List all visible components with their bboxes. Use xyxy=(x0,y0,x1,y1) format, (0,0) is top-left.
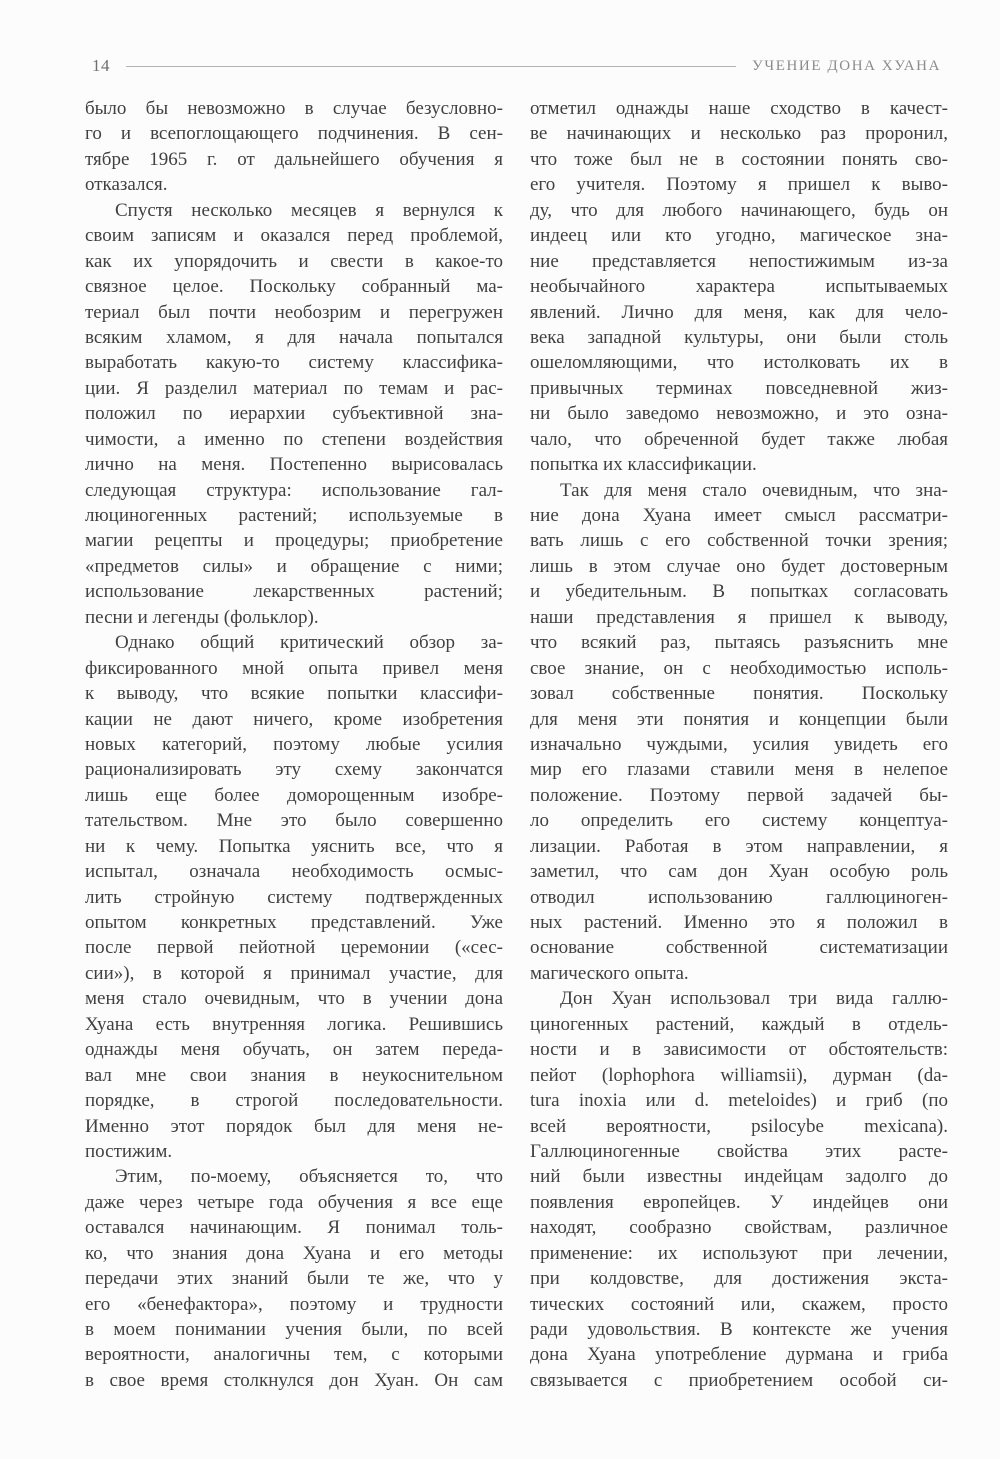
text-line: связывается с приобретением особой си- xyxy=(530,1368,948,1393)
text-line: новых категорий, поэтому любые усилия xyxy=(85,732,503,757)
text-line: песни и легенды (фольклор). xyxy=(85,605,503,630)
text-line: ошеломляющими, что истолковать их в xyxy=(530,350,948,375)
right-column: отметил однажды наше сходство в качест-в… xyxy=(530,96,948,1393)
text-line: было бы невозможно в случае безусловно- xyxy=(85,96,503,121)
text-line: магии рецепты и процедуры; приобретение xyxy=(85,528,503,553)
text-line: ний были известны индейцам задолго до xyxy=(530,1164,948,1189)
text-line: появления европейцев. У индейцев они xyxy=(530,1190,948,1215)
text-line: постижим. xyxy=(85,1139,503,1164)
text-line: тических состояний или, скажем, просто xyxy=(530,1292,948,1317)
text-line: оставался начинающим. Я понимал толь- xyxy=(85,1215,503,1240)
text-line: ных растений. Именно это я положил в xyxy=(530,910,948,935)
text-line: для меня эти понятия и концепции были xyxy=(530,707,948,732)
text-line: отводил использованию галлюциноген- xyxy=(530,885,948,910)
text-line: основание собственной систематизации xyxy=(530,935,948,960)
text-line: при колдовстве, для достижения экста- xyxy=(530,1266,948,1291)
text-line: Спустя несколько месяцев я вернулся к xyxy=(85,198,503,223)
text-line: всей вероятности, psilocybe mexicana). xyxy=(530,1114,948,1139)
text-line: наши представления я пришел к выводу, xyxy=(530,605,948,630)
text-line: циногенных растений, каждый в отдель- xyxy=(530,1012,948,1037)
text-line: ние представляется непостижимым из-за xyxy=(530,249,948,274)
text-line: Однако общий критический обзор за- xyxy=(85,630,503,655)
text-line: вероятности, аналогичны тем, с которыми xyxy=(85,1342,503,1367)
text-line: отметил однажды наше сходство в качест- xyxy=(530,96,948,121)
text-line: его «бенефактора», поэтому и трудности xyxy=(85,1292,503,1317)
text-line: свое знание, он с необходимостью исполь- xyxy=(530,656,948,681)
page-header: 14 УЧЕНИЕ ДОНА ХУАНА xyxy=(0,52,1000,80)
text-line: Дон Хуан использовал три вида галлю- xyxy=(530,986,948,1011)
text-line: заметил, что сам дон Хуан особую роль xyxy=(530,859,948,884)
text-line: сии»), в которой я принимал участие, для xyxy=(85,961,503,986)
text-line: всяким хламом, я для начала попытался xyxy=(85,325,503,350)
text-line: применение: их используют при лечении, xyxy=(530,1241,948,1266)
text-line: Этим, по-моему, объясняется то, что xyxy=(85,1164,503,1189)
text-line: порядке, в строгой последовательности. xyxy=(85,1088,503,1113)
text-line: Галлюциногенные свойства этих расте- xyxy=(530,1139,948,1164)
text-line: явлений. Лично для меня, как для чело- xyxy=(530,300,948,325)
text-line: опытом конкретных представлений. Уже xyxy=(85,910,503,935)
text-line: привычных терминах повседневной жиз- xyxy=(530,376,948,401)
text-line: находят, сообразно свойствам, различное xyxy=(530,1215,948,1240)
text-line: тательством. Мне это было совершенно xyxy=(85,808,503,833)
text-line: тябре 1965 г. от дальнейшего обучения я xyxy=(85,147,503,172)
text-line: вать лишь с его собственной точки зрения… xyxy=(530,528,948,553)
text-line: магического опыта. xyxy=(530,961,948,986)
text-line: чало, что обреченной будет также любая xyxy=(530,427,948,452)
text-line: его учителя. Поэтому я пришел к выво- xyxy=(530,172,948,197)
text-line: ции. Я разделил материал по темам и рас- xyxy=(85,376,503,401)
running-title: УЧЕНИЕ ДОНА ХУАНА xyxy=(752,58,941,75)
text-line: попытка их классификации. xyxy=(530,452,948,477)
text-line: ве начинающих и несколько раз проронил, xyxy=(530,121,948,146)
left-column: было бы невозможно в случае безусловно-г… xyxy=(85,96,503,1393)
text-line: вал мне свои знания в неукоснительном xyxy=(85,1063,503,1088)
text-line: меня стало очевидным, что в учении дона xyxy=(85,986,503,1011)
page-number: 14 xyxy=(92,56,110,76)
text-line: зовал собственные понятия. Поскольку xyxy=(530,681,948,706)
text-line: ности и в зависимости от обстоятельств: xyxy=(530,1037,948,1062)
text-line: как их упорядочить и свести в какое-то xyxy=(85,249,503,274)
text-line: мир его глазами ставили меня в нелепое xyxy=(530,757,948,782)
text-line: изначально чуждыми, усилия увидеть его xyxy=(530,732,948,757)
text-line: ни к чему. Попытка уяснить все, что я xyxy=(85,834,503,859)
text-line: что всякий раз, пытаясь разъяснить мне xyxy=(530,630,948,655)
text-line: ради удовольствия. В контексте же учения xyxy=(530,1317,948,1342)
text-line: «предметов силы» и обращение с ними; xyxy=(85,554,503,579)
text-line: в моем понимании учения были, по всей xyxy=(85,1317,503,1342)
text-line: ни было заведомо невозможно, и это озна- xyxy=(530,401,948,426)
text-line: следующая структура: использование гал- xyxy=(85,478,503,503)
text-line: отказался. xyxy=(85,172,503,197)
text-line: лишь еще более доморощенным изобре- xyxy=(85,783,503,808)
text-line: ко, что знания дона Хуана и его методы xyxy=(85,1241,503,1266)
text-line: Так для меня стало очевидным, что зна- xyxy=(530,478,948,503)
text-line: после первой пейотной церемонии («сес- xyxy=(85,935,503,960)
book-page: 14 УЧЕНИЕ ДОНА ХУАНА было бы невозможно … xyxy=(0,0,1000,1459)
text-line: лишь в этом случае оно будет достоверным xyxy=(530,554,948,579)
text-line: индеец или кто угодно, магическое зна- xyxy=(530,223,948,248)
text-line: tura inoxia или d. meteloides) и гриб (п… xyxy=(530,1088,948,1113)
text-line: своим записям и оказался перед проблемой… xyxy=(85,223,503,248)
text-line: и убедительным. В попытках согласовать xyxy=(530,579,948,604)
text-line: пейот (lophophora williamsii), дурман (d… xyxy=(530,1063,948,1088)
text-line: испытал, означала необходимость осмыс- xyxy=(85,859,503,884)
text-line: даже через четыре года обучения я все ещ… xyxy=(85,1190,503,1215)
text-line: кации не дают ничего, кроме изобретения xyxy=(85,707,503,732)
text-line: к выводу, что всякие попытки классифи- xyxy=(85,681,503,706)
text-line: лизации. Работая в этом направлении, я xyxy=(530,834,948,859)
text-line: в свое время столкнулся дон Хуан. Он сам xyxy=(85,1368,503,1393)
text-line: однажды меня обучать, он затем переда- xyxy=(85,1037,503,1062)
text-line: ло определить его систему концептуа- xyxy=(530,808,948,833)
text-line: Хуана есть внутренняя логика. Решившись xyxy=(85,1012,503,1037)
text-line: лично на меня. Постепенно вырисовалась xyxy=(85,452,503,477)
text-line: лить стройную систему подтвержденных xyxy=(85,885,503,910)
text-line: ние дона Хуана имеет смысл рассматри- xyxy=(530,503,948,528)
text-line: передачи этих знаний были те же, что у xyxy=(85,1266,503,1291)
text-line: положение. Поэтому первой задачей бы- xyxy=(530,783,948,808)
text-line: дона Хуана употребление дурмана и гриба xyxy=(530,1342,948,1367)
page-body: было бы невозможно в случае безусловно-г… xyxy=(85,96,948,1393)
text-line: века западной культуры, они были столь xyxy=(530,325,948,350)
text-line: рационализировать эту схему закончатся xyxy=(85,757,503,782)
text-line: Именно этот порядок был для меня не- xyxy=(85,1114,503,1139)
text-line: положил по иерархии субъективной зна- xyxy=(85,401,503,426)
text-line: необычайного характера испытываемых xyxy=(530,274,948,299)
text-line: связное целое. Поскольку собранный ма- xyxy=(85,274,503,299)
text-line: люциногенных растений; используемые в xyxy=(85,503,503,528)
text-line: выработать какую-то систему классифика- xyxy=(85,350,503,375)
text-line: фиксированного мной опыта привел меня xyxy=(85,656,503,681)
text-line: го и всепоглощающего подчинения. В сен- xyxy=(85,121,503,146)
text-line: териал был почти необозрим и перегружен xyxy=(85,300,503,325)
text-line: использование лекарственных растений; xyxy=(85,579,503,604)
header-rule xyxy=(126,66,736,67)
text-line: чимости, а именно по степени воздействия xyxy=(85,427,503,452)
text-line: что тоже был не в состоянии понять сво- xyxy=(530,147,948,172)
text-line: ду, что для любого начинающего, будь он xyxy=(530,198,948,223)
